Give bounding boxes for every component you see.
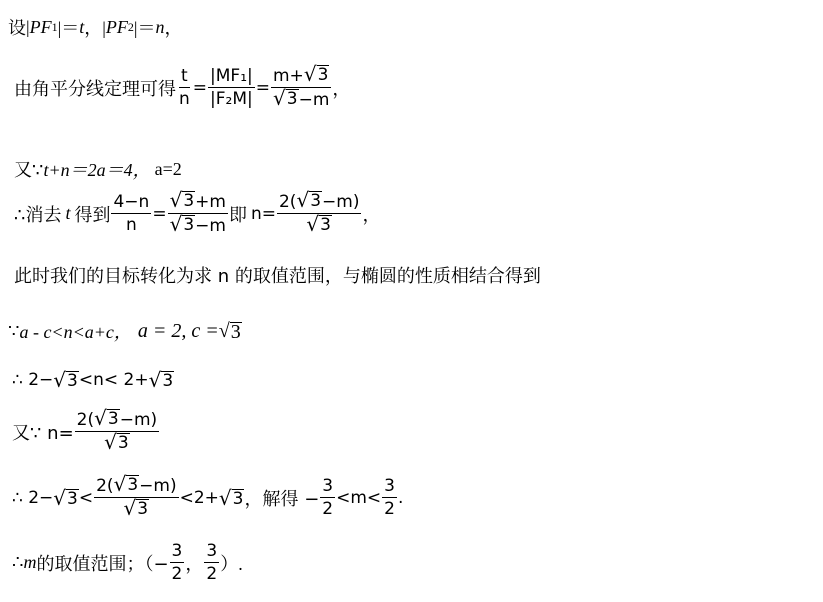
line-sum: 又∵ t+n＝2a＝4， a=2 [14, 156, 182, 182]
numerator: √3+m [168, 190, 228, 214]
fraction: 32 [204, 540, 219, 585]
text: = [256, 78, 270, 98]
numerator: 2(√3−m) [75, 408, 159, 432]
sqrt: √3 [149, 370, 175, 390]
text: 即 [229, 201, 247, 227]
text: 此时我们的目标转化为求 n 的取值范围，与椭圆的性质相结合得到 [14, 262, 541, 288]
numerator: 4−n [111, 191, 151, 214]
text: 3 [232, 489, 245, 508]
text: 3 [319, 215, 332, 234]
text: t [65, 203, 70, 224]
text: ∴ [12, 552, 23, 573]
text: ∴ 2− [12, 370, 53, 390]
text: 3 [161, 371, 174, 390]
denominator: n [124, 214, 139, 236]
numerator: |MF₁| [208, 65, 255, 88]
text: ， [164, 14, 182, 40]
text: 3 [309, 191, 322, 210]
denominator: √3−m [271, 88, 331, 111]
sqrt: √3 [219, 321, 242, 341]
text: a=2 [155, 159, 182, 180]
text: 3 [230, 322, 242, 341]
text: . [398, 488, 403, 508]
text: ∴ 2− [12, 488, 53, 508]
text: n [155, 17, 164, 38]
text: 设 [8, 14, 26, 40]
denominator: √3 [304, 214, 334, 237]
fraction: m+√3 √3−m [271, 64, 331, 111]
fraction: |MF₁||F₂M| [208, 65, 255, 110]
sqrt: √3 [273, 88, 299, 108]
sqrt: √3 [170, 214, 196, 234]
text: ，| [84, 14, 106, 40]
text: 的取值范围；（− [36, 550, 168, 576]
denominator: 2 [170, 563, 185, 585]
line-angle-bisector: 由角平分线定理可得 tn = |MF₁||F₂M| = m+√3 √3−m ， [14, 64, 350, 111]
text: 由角平分线定理可得 [14, 75, 176, 101]
numerator: m+√3 [271, 64, 331, 88]
fraction: 2(√3−m) √3 [75, 408, 159, 455]
denominator: 2 [320, 498, 335, 520]
line-n-formula: 又∵ n= 2(√3−m) √3 [12, 408, 160, 455]
text: +m [195, 192, 226, 212]
fraction: 2(√3−m) √3 [277, 190, 361, 237]
text: −m) [120, 410, 157, 430]
text: n= [251, 204, 276, 224]
text: −m) [322, 192, 359, 212]
text: PF [30, 17, 52, 38]
denominator: 2 [204, 563, 219, 585]
denominator: n [177, 88, 192, 110]
text: ， [332, 75, 350, 101]
text: m+ [273, 66, 304, 86]
line-eliminate-t: ∴消去 t 得到 4−nn = √3+m √3−m 即 n= 2(√3−m) √… [14, 190, 380, 237]
text: 2( [96, 476, 113, 496]
fraction: 32 [382, 475, 397, 520]
line-n-range: ∴ 2− √3 <n< 2+ √3 [12, 370, 174, 390]
text: 3 [182, 191, 195, 210]
sqrt: √3 [170, 190, 196, 210]
fraction: 32 [170, 540, 185, 585]
line-ellipse-bounds: ∵ a - c<n<a+c， a = 2, c = √3 [8, 318, 242, 344]
text: −m [195, 216, 226, 236]
text: 2( [77, 410, 94, 430]
numerator: t [179, 65, 190, 88]
sqrt: √3 [94, 408, 120, 428]
line-goal: 此时我们的目标转化为求 n 的取值范围，与椭圆的性质相结合得到 [14, 262, 541, 288]
numerator: 3 [204, 540, 219, 563]
text: ∴消去 [14, 201, 61, 227]
sqrt: √3 [53, 488, 79, 508]
line-m-range: ∴ m 的取值范围；（− 32 ， 32 ）. [12, 540, 243, 585]
fraction: 32 [320, 475, 335, 520]
text: |＝ [58, 14, 80, 40]
sqrt: √3 [124, 498, 150, 518]
text: <m< [336, 488, 381, 508]
text: 3 [107, 409, 120, 428]
line-solve-m: ∴ 2− √3 < 2(√3−m) √3 <2+ √3 ，解得 − 32 <m<… [12, 474, 403, 521]
text: a - c<n<a+c， [19, 318, 131, 344]
text: <2+ [180, 488, 219, 508]
text: < [79, 488, 93, 508]
text: ， [362, 201, 380, 227]
text: 又∵ [14, 156, 43, 182]
text: m [23, 552, 36, 573]
text: 3 [117, 433, 130, 452]
text: a = 2, c = [138, 320, 219, 343]
fraction: tn [177, 65, 192, 110]
numerator: 3 [382, 475, 397, 498]
denominator: √3 [102, 432, 132, 455]
fraction: 4−nn [111, 191, 151, 236]
text: ∵ [8, 321, 19, 342]
text: 3 [182, 215, 195, 234]
text: 3 [286, 89, 299, 108]
text: 又∵ n= [12, 419, 74, 445]
denominator: |F₂M| [208, 88, 255, 110]
fraction: √3+m √3−m [168, 190, 228, 237]
text: ）. [220, 550, 243, 576]
denominator: 2 [382, 498, 397, 520]
fraction: 2(√3−m) √3 [94, 474, 178, 521]
text: 3 [66, 371, 79, 390]
text: 得到 [74, 201, 110, 227]
text: 3 [66, 489, 79, 508]
numerator: 3 [170, 540, 185, 563]
text: PF [106, 17, 128, 38]
text: 3 [136, 499, 149, 518]
text: ， [185, 550, 203, 576]
text: = [152, 204, 166, 224]
text: ，解得 − [244, 485, 319, 511]
numerator: 2(√3−m) [277, 190, 361, 214]
line-define-pf: 设 | PF1 |＝ t ，| PF2 |＝ n ， [8, 14, 182, 40]
sqrt: √3 [53, 370, 79, 390]
sqrt: √3 [306, 214, 332, 234]
sqrt: √3 [296, 190, 322, 210]
sqrt: √3 [114, 474, 140, 494]
text: <n< 2+ [79, 370, 149, 390]
text: t+n＝2a＝4， [43, 156, 150, 182]
sqrt: √3 [104, 432, 130, 452]
text: = [193, 78, 207, 98]
numerator: 3 [320, 475, 335, 498]
text: |＝ [134, 14, 156, 40]
text: 2( [279, 192, 296, 212]
sqrt: √3 [219, 488, 245, 508]
denominator: √3−m [168, 214, 228, 237]
numerator: 2(√3−m) [94, 474, 178, 498]
text: 3 [317, 65, 330, 84]
text: −m [299, 90, 330, 110]
denominator: √3 [122, 498, 152, 521]
text: −m) [139, 476, 176, 496]
text: 3 [126, 475, 139, 494]
sqrt: √3 [304, 64, 330, 84]
